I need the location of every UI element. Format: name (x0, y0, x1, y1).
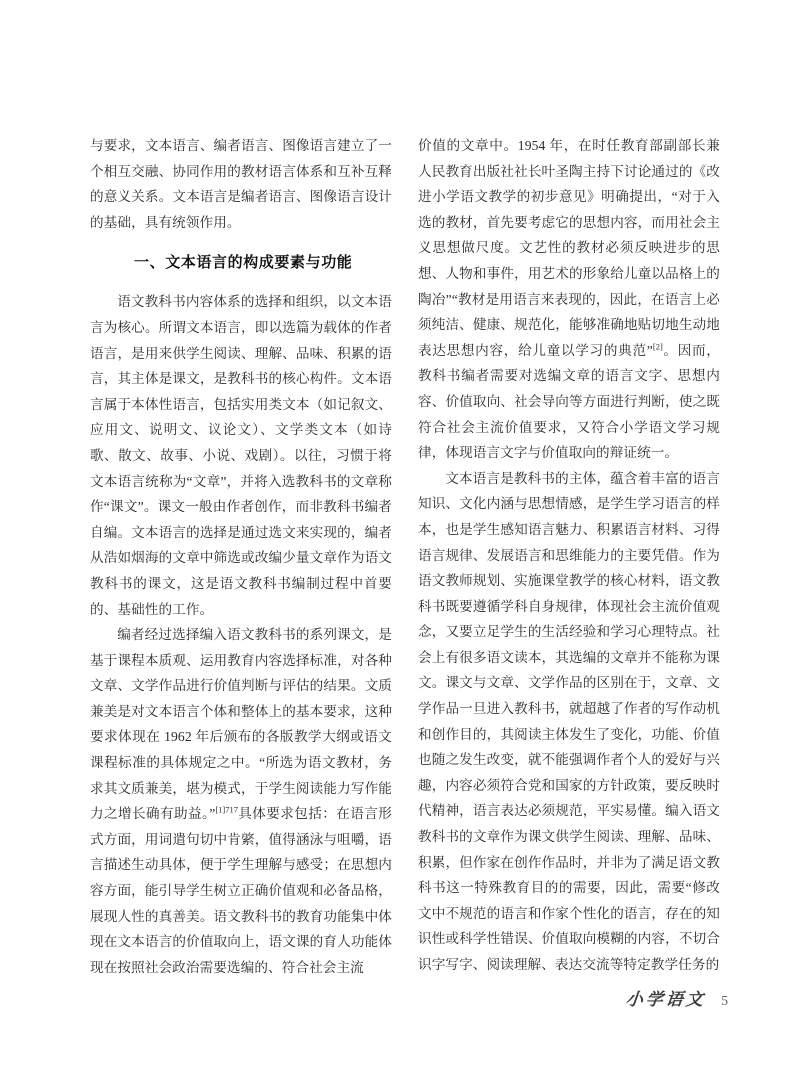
paragraph: 文本语言是教科书的主体，蕴含着丰富的语言知识、文化内涵与思想情感，是学生学习语言… (418, 466, 720, 978)
paragraph: 编者经过选择编入语文教科书的系列课文，是基于课程本质观、运用教育内容选择标准，对… (90, 622, 392, 980)
citation-ref-1: [1]717 (215, 805, 238, 815)
journal-name: 小学语文 (625, 985, 708, 1010)
section-heading: 一、文本语言的构成要素与功能 (90, 250, 392, 276)
citation-ref-2: [2] (653, 341, 663, 351)
page-number: 5 (721, 993, 728, 1009)
paragraph-continued-from-left-column: 价值的文章中。1954 年，在时任教育部副部长兼人民教育出版社社长叶圣陶主持下讨… (418, 133, 720, 466)
left-column: 与要求，文本语言、编者语言、图像语言建立了一个相互交融、协同作用的教材语言体系和… (90, 133, 392, 980)
paragraph: 语文教科书内容体系的选择和组织，以文本语言为核心。所谓文本语言，即以选篇为载体的… (90, 289, 392, 622)
page-footer: 小学语文 5 (626, 985, 728, 1010)
paragraph-text: 具体要求包括：在语言形式方面，用词遣句切中肯綮，值得涵泳与咀嚼，语言描述生动具体… (90, 806, 392, 975)
right-column: 价值的文章中。1954 年，在时任教育部副部长兼人民教育出版社社长叶圣陶主持下讨… (418, 133, 720, 980)
paragraph-text: 。因而，教科书编者需要对选编文章的语言文字、思想内容、价值取向、社会导向等方面进… (418, 343, 720, 460)
article-body: 与要求，文本语言、编者语言、图像语言建立了一个相互交融、协同作用的教材语言体系和… (90, 133, 720, 980)
paragraph-continued-from-previous-page: 与要求，文本语言、编者语言、图像语言建立了一个相互交融、协同作用的教材语言体系和… (90, 133, 392, 235)
paragraph-text: 价值的文章中。1954 年，在时任教育部副部长兼人民教育出版社社长叶圣陶主持下讨… (418, 138, 720, 358)
journal-page: 与要求，文本语言、编者语言、图像语言建立了一个相互交融、协同作用的教材语言体系和… (0, 0, 800, 1077)
paragraph-text: 编者经过选择编入语文教科书的系列课文，是基于课程本质观、运用教育内容选择标准，对… (90, 627, 392, 821)
